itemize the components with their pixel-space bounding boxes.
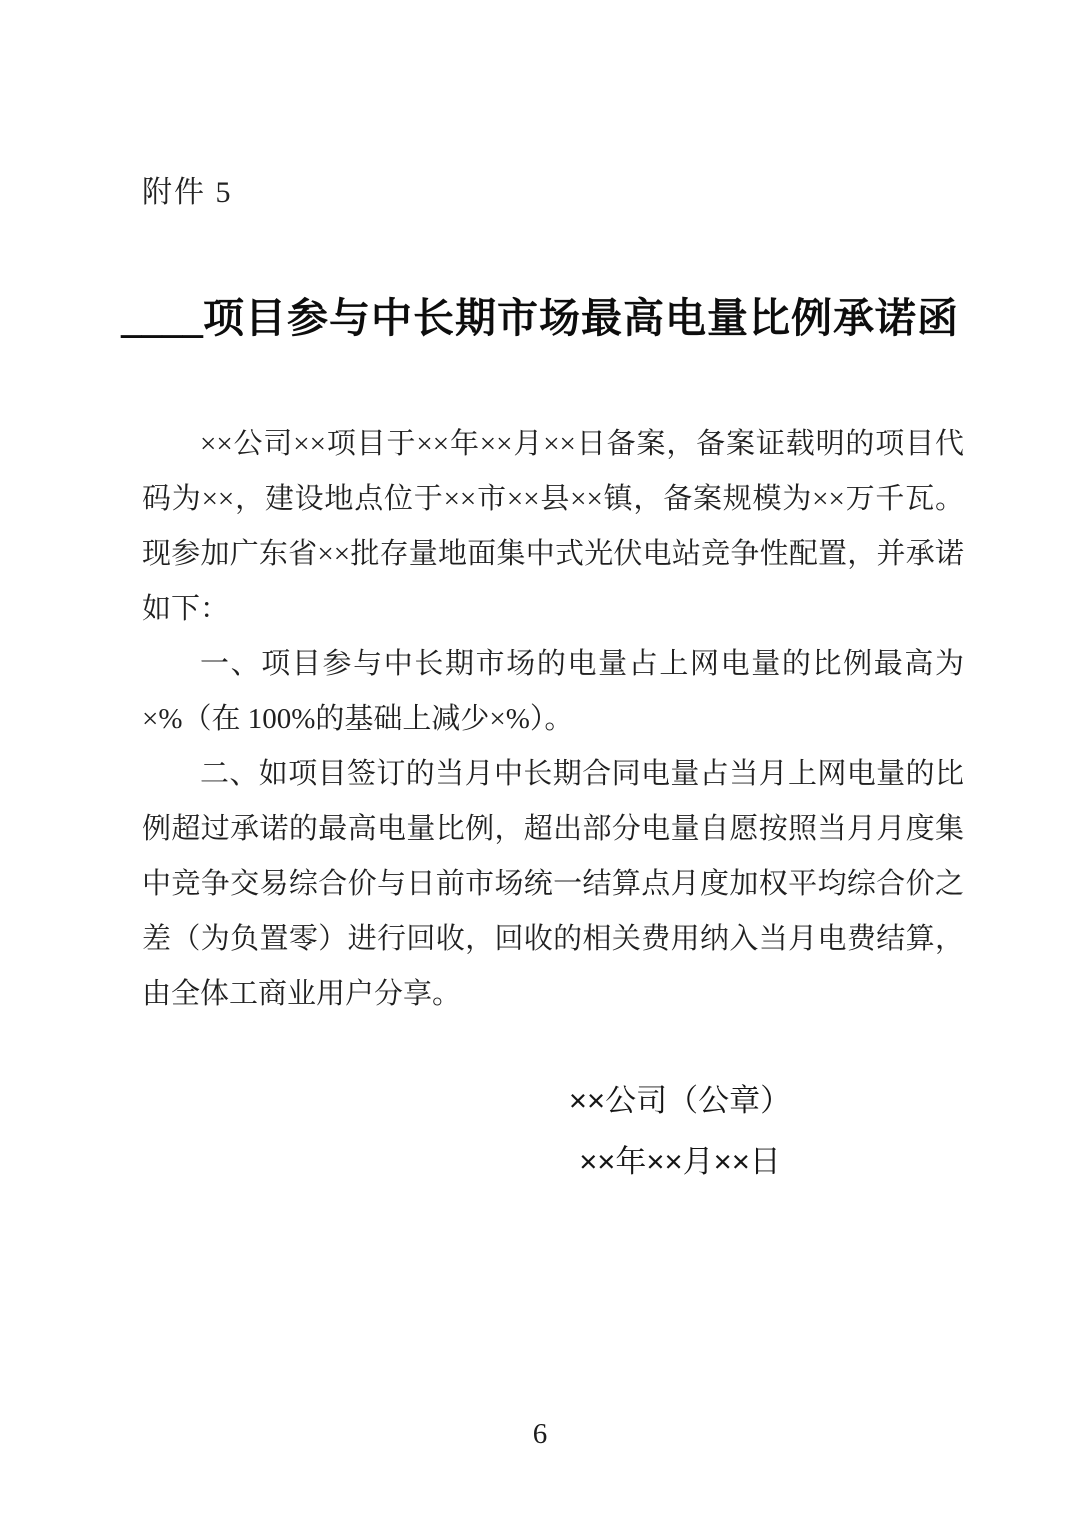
page-number: 6 <box>0 1414 1080 1454</box>
document-body: ××公司××项目于××年××月××日备案，备案证载明的项目代码为××，建设地点位… <box>142 417 964 1022</box>
paragraph-item-1: 一、项目参与中长期市场的电量占上网电量的比例最高为×%（在 100%的基础上减少… <box>142 637 964 747</box>
paragraph-item-2: 二、如项目签订的当月中长期合同电量占当月上网电量的比例超过承诺的最高电量比例，超… <box>142 747 964 1022</box>
attachment-label: 附件 5 <box>142 174 233 212</box>
signature-company: ××公司（公章） <box>505 1070 855 1131</box>
signature-date: ××年××月××日 <box>505 1131 855 1192</box>
signature-block: ××公司（公章） ××年××月××日 <box>505 1070 855 1192</box>
title-blank-line: ____ <box>121 295 203 341</box>
title-text: 项目参与中长期市场最高电量比例承诺函 <box>203 295 959 341</box>
paragraph-intro: ××公司××项目于××年××月××日备案，备案证载明的项目代码为××，建设地点位… <box>142 417 964 637</box>
document-page: 附件 5 ____项目参与中长期市场最高电量比例承诺函 ××公司××项目于××年… <box>0 0 1080 1527</box>
document-title: ____项目参与中长期市场最高电量比例承诺函 <box>0 290 1080 346</box>
